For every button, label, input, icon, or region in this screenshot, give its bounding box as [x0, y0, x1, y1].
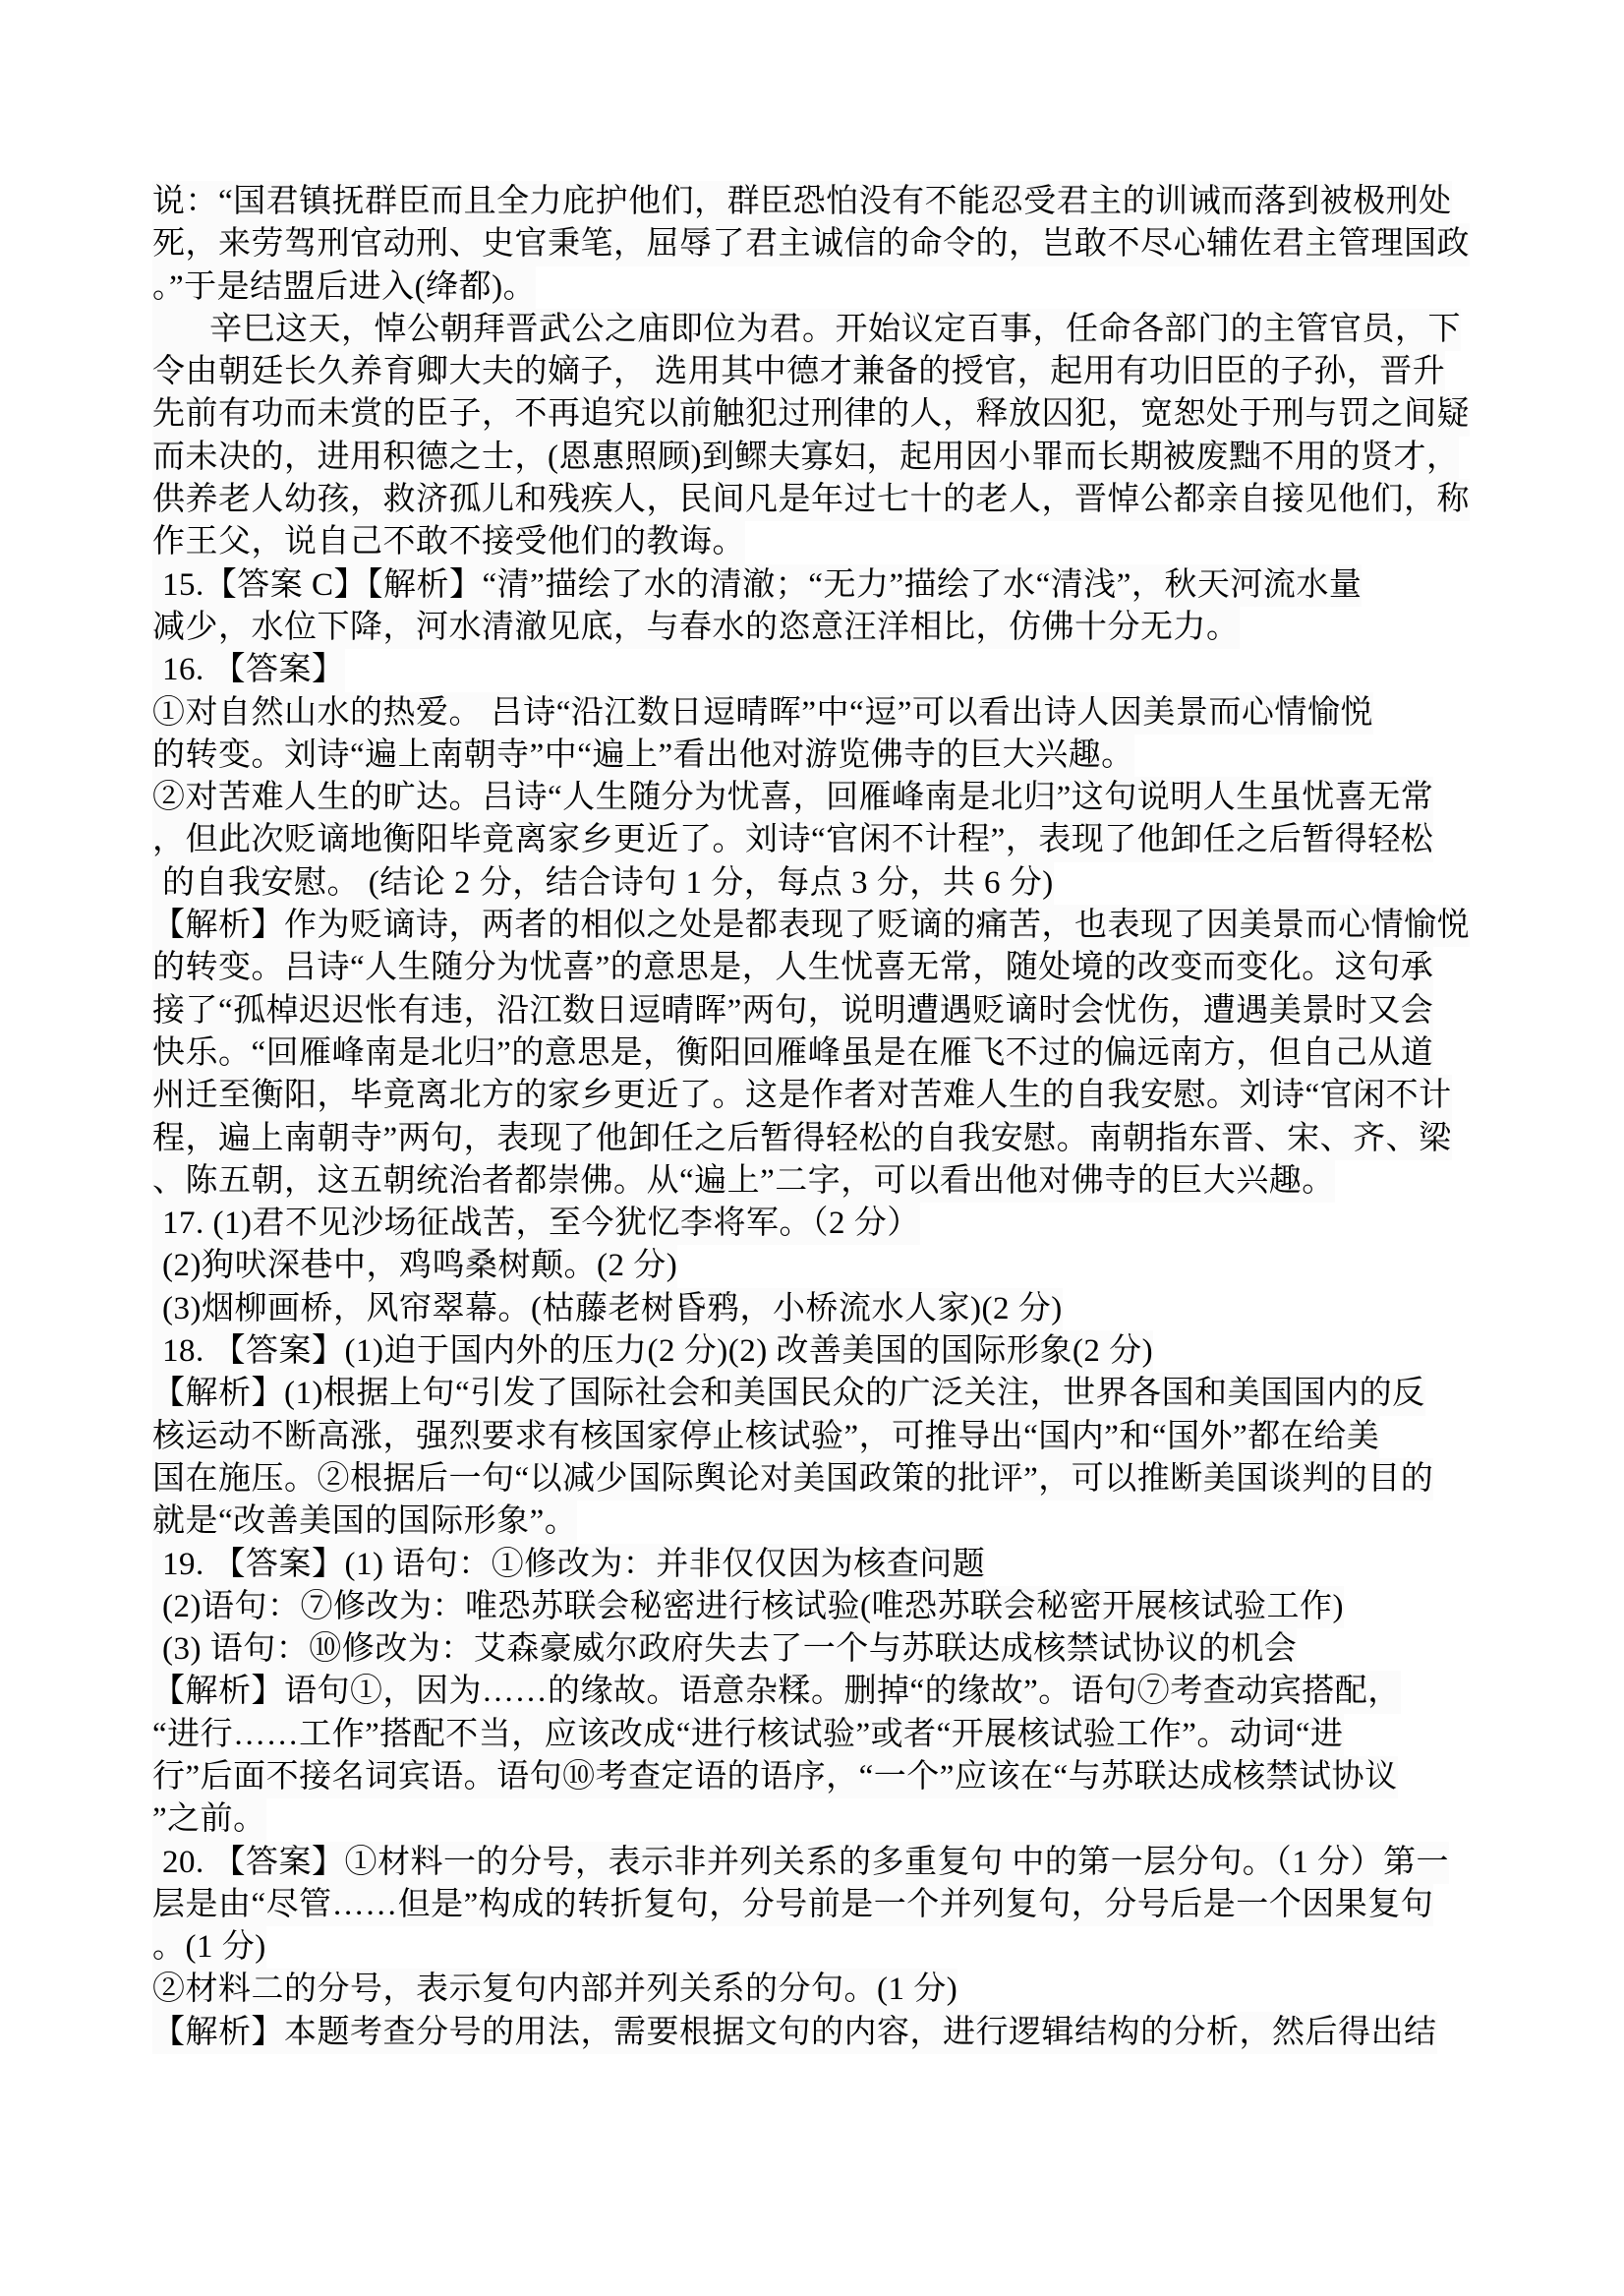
text-line: 州迁至衡阳，毕竟离北方的家乡更近了。这是作者对苦难人生的自我安慰。刘诗“官闲不计	[152, 1075, 1452, 1117]
text-line: 【解析】(1)根据上句“引发了国际社会和美国民众的广泛关注，世界各国和美国国内的…	[152, 1373, 1425, 1415]
text-line: 令由朝廷长久养育卿大夫的嫡子， 选用其中德才兼备的授官，起用有功旧臣的子孙，晋升	[152, 351, 1445, 393]
text-line: 减少，水位下降，河水清澈见底，与春水的恣意汪洋相比，仿佛十分无力。	[152, 607, 1240, 649]
text-line: 。”于是结盟后进入(绛都)。	[152, 266, 536, 309]
text-line: 。(1 分)	[152, 1926, 266, 1969]
text-line: 【解析】作为贬谪诗，两者的相似之处是都表现了贬谪的痛苦，也表现了因美景而心情愉悦	[152, 905, 1470, 947]
text-line: 先前有功而未赏的臣子，不再追究以前触犯过刑律的人，释放囚犯，宽恕处于刑与罚之间疑	[152, 393, 1470, 436]
text-line: 的转变。刘诗“遍上南朝寺”中“遍上”看出他对游览佛寺的巨大兴趣。	[152, 735, 1134, 777]
document-page: 说：“国君镇抚群臣而且全力庇护他们，群臣恐怕没有不能忍受君主的训诫而落到被极刑处…	[0, 0, 1624, 2296]
text-line: (2)语句：⑦修改为：唯恐苏联会秘密进行核试验(唯恐苏联会秘密开展核试验工作)	[152, 1586, 1344, 1628]
text-line: (2)狗吠深巷中，鸡鸣桑树颠。(2 分)	[152, 1245, 677, 1287]
text-line: ②对苦难人生的旷达。吕诗“人生随分为忧喜，回雁峰南是北归”这句说明人生虽忧喜无常	[152, 777, 1433, 819]
text-line: 层是由“尽管……但是”构成的转折复句，分号前是一个并列复句，分号后是一个因果复句	[152, 1884, 1433, 1926]
text-line: 【解析】本题考查分号的用法，需要根据文句的内容，进行逻辑结构的分析，然后得出结	[152, 2012, 1437, 2054]
text-line: 辛巳这天，悼公朝拜晋武公之庙即位为君。开始议定百事，任命各部门的主管官员，下	[152, 309, 1461, 351]
text-line-answer-16: 16. 【答案】	[152, 649, 345, 691]
text-line: ，但此次贬谪地衡阳毕竟离家乡更近了。刘诗“官闲不计程”，表现了他卸任之后暂得轻松	[152, 819, 1433, 861]
text-line: 程，遍上南朝寺”两句，表现了他卸任之后暂得轻松的自我安慰。南朝指东晋、宋、齐、梁	[152, 1118, 1452, 1160]
text-line: 、陈五朝，这五朝统治者都崇佛。从“遍上”二字，可以看出他对佛寺的巨大兴趣。	[152, 1160, 1335, 1203]
text-line: 就是“改善美国的国际形象”。	[152, 1501, 577, 1543]
text-line-answer-18: 18. 【答案】(1)迫于国内外的压力(2 分)(2) 改善美国的国际形象(2 …	[152, 1330, 1153, 1373]
text-line: 接了“孤棹迟迟怅有违，沿江数日逗晴晖”两句，说明遭遇贬谪时会忧伤，遭遇美景时又会	[152, 990, 1433, 1032]
text-line: 的自我安慰。 (结论 2 分，结合诗句 1 分，每点 3 分，共 6 分)	[152, 862, 1054, 905]
text-line: 死，来劳驾刑官动刑、史官秉笔，屈辱了君主诚信的命令的，岂敢不尽心辅佐君主管理国政	[152, 223, 1470, 265]
text-line: ②材料二的分号，表示复句内部并列关系的分句。(1 分)	[152, 1969, 957, 2011]
text-line-answer-17: 17. (1)君不见沙场征战苦，至今犹忆李将军。（2 分）	[152, 1203, 920, 1245]
answer-key-text: 说：“国君镇抚群臣而且全力庇护他们，群臣恐怕没有不能忍受君主的训诫而落到被极刑处…	[152, 181, 1529, 2054]
text-line: 国在施压。②根据后一句“以减少国际舆论对美国政策的批评”，可以推断美国谈判的目的	[152, 1458, 1433, 1501]
text-line: 行”后面不接名词宾语。语句⑩考查定语的语序，“一个”应该在“与苏联达成核禁试协议	[152, 1756, 1398, 1798]
text-line: 供养老人幼孩，救济孤儿和残疾人，民间凡是年过七十的老人，晋悼公都亲自接见他们，称	[152, 479, 1470, 521]
text-line: 说：“国君镇抚群臣而且全力庇护他们，群臣恐怕没有不能忍受君主的训诫而落到被极刑处	[152, 181, 1452, 223]
text-line: 而未决的，进用积德之士，(恩惠照顾)到鳏夫寡妇，起用因小罪而长期被废黜不用的贤才…	[152, 437, 1459, 479]
text-line: (3) 语句：⑩修改为：艾森豪威尔政府失去了一个与苏联达成核禁试协议的机会	[152, 1628, 1297, 1671]
text-line: ①对自然山水的热爱。 吕诗“沿江数日逗晴晖”中“逗”可以看出诗人因美景而心情愉悦	[152, 692, 1373, 735]
text-line: (3)烟柳画桥，风帘翠幕。(枯藤老树昏鸦，小桥流水人家)(2 分)	[152, 1288, 1063, 1330]
text-line-answer-20: 20. 【答案】①材料一的分号，表示非并列关系的多重复句 中的第一层分句。（1 …	[152, 1842, 1449, 1884]
text-line: 快乐。“回雁峰南是北归”的意思是，衡阳回雁峰虽是在雁飞不过的偏远南方，但自己从道	[152, 1032, 1433, 1075]
text-line-answer-19: 19. 【答案】(1) 语句：①修改为：并非仅仅因为核查问题	[152, 1544, 985, 1586]
text-line: 【解析】语句①，因为……的缘故。语意杂糅。删掉“的缘故”。语句⑦考查动宾搭配，	[152, 1671, 1401, 1713]
text-line: “进行……工作”搭配不当，应该改成“进行核试验”或者“开展核试验工作”。动词“进	[152, 1714, 1344, 1756]
text-line: 核运动不断高涨，强烈要求有核国家停止核试验”，可推导出“国内”和“国外”都在给美	[152, 1416, 1379, 1458]
text-line-answer-15: 15.【答案 C】【解析】“清”描绘了水的清澈；“无力”描绘了水“清浅”，秋天河…	[152, 564, 1362, 607]
text-line: ”之前。	[152, 1798, 266, 1841]
text-line: 的转变。吕诗“人生随分为忧喜”的意思是，人生忧喜无常，随处境的改变而变化。这句承	[152, 947, 1433, 989]
text-line: 作王父，说自己不敢不接受他们的教诲。	[152, 521, 745, 563]
